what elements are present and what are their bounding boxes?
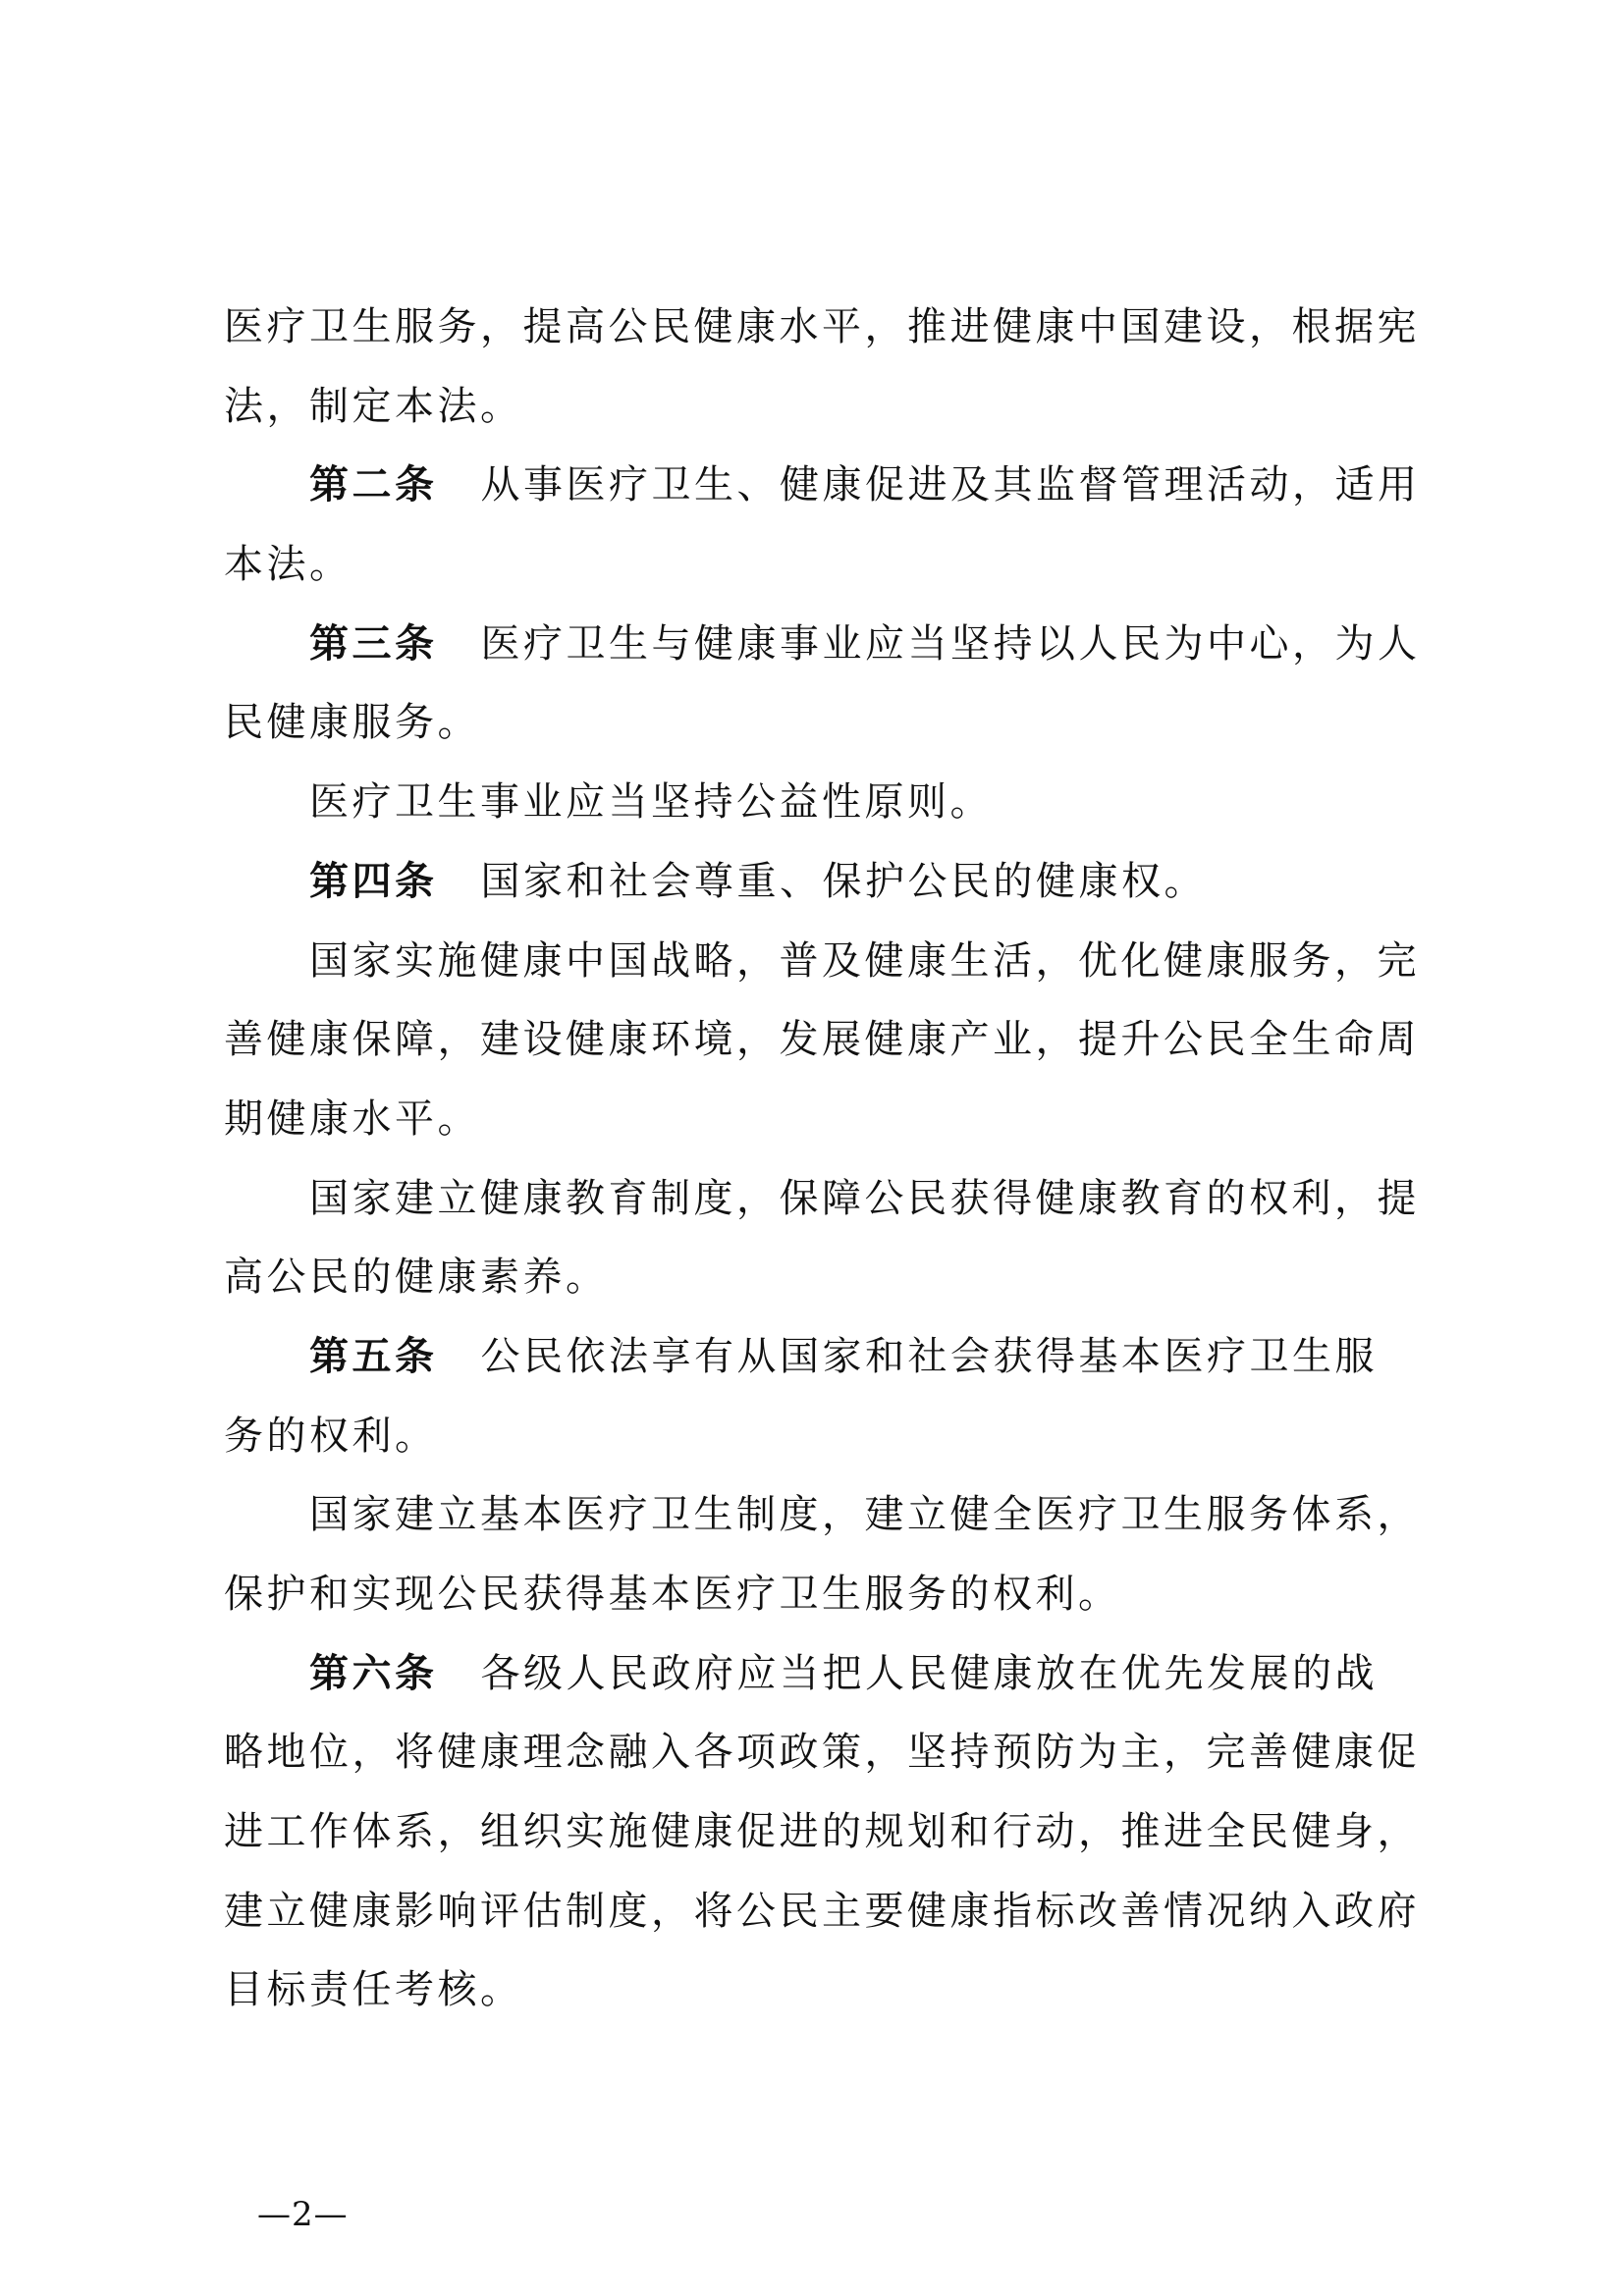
text-line: 第六条各级人民政府应当把人民健康放在优先发展的战 <box>224 1634 1441 1714</box>
line-text: 务的权利。 <box>224 1414 438 1459</box>
article-heading: 第二条 <box>309 462 438 507</box>
line-text: 法，制定本法。 <box>224 384 523 429</box>
line-text: 各级人民政府应当把人民健康放在优先发展的战 <box>481 1651 1379 1696</box>
text-line: 第五条公民依法享有从国家和社会获得基本医疗卫生服 <box>224 1317 1441 1397</box>
article-heading: 第三条 <box>309 621 438 667</box>
text-line: 期健康水平。 <box>224 1080 1441 1159</box>
line-text: 医疗卫生与健康事业应当坚持以人民为中心，为人 <box>481 621 1421 667</box>
text-line: 务的权利。 <box>224 1397 1441 1476</box>
line-text: 国家实施健康中国战略，普及健康生活，优化健康服务，完 <box>309 938 1420 984</box>
line-text: 国家建立健康教育制度，保障公民获得健康教育的权利，提 <box>309 1176 1420 1221</box>
text-line: 第二条从事医疗卫生、健康促进及其监督管理活动，适用 <box>224 446 1441 525</box>
line-text: 本法。 <box>224 542 352 587</box>
line-text: 从事医疗卫生、健康促进及其监督管理活动，适用 <box>481 462 1421 507</box>
text-line: 法，制定本法。 <box>224 367 1441 447</box>
text-line: 第三条医疗卫生与健康事业应当坚持以人民为中心，为人 <box>224 605 1441 684</box>
text-line: 国家建立基本医疗卫生制度，建立健全医疗卫生服务体系， <box>224 1475 1441 1555</box>
line-text: 建立健康影响评估制度，将公民主要健康指标改善情况纳入政府 <box>224 1889 1420 1934</box>
line-text: 医疗卫生服务，提高公民健康水平，推进健康中国建设，根据宪 <box>224 304 1420 349</box>
text-line: 略地位，将健康理念融入各项政策，坚持预防为主，完善健康促 <box>224 1713 1441 1792</box>
line-text: 保护和实现公民获得基本医疗卫生服务的权利。 <box>224 1572 1121 1617</box>
line-text: 略地位，将健康理念融入各项政策，坚持预防为主，完善健康促 <box>224 1730 1420 1775</box>
document-body: 医疗卫生服务，提高公民健康水平，推进健康中国建设，根据宪 法，制定本法。 第二条… <box>224 288 1441 2030</box>
text-line: 民健康服务。 <box>224 683 1441 763</box>
line-text: 进工作体系，组织实施健康促进的规划和行动，推进全民健身， <box>224 1809 1420 1854</box>
document-page: 医疗卫生服务，提高公民健康水平，推进健康中国建设，根据宪 法，制定本法。 第二条… <box>0 0 1624 2296</box>
text-line: 第四条国家和社会尊重、保护公民的健康权。 <box>224 842 1441 922</box>
text-line: 目标责任考核。 <box>224 1950 1441 2030</box>
line-text: 国家和社会尊重、保护公民的健康权。 <box>481 859 1208 904</box>
line-text: 期健康水平。 <box>224 1096 480 1142</box>
article-heading: 第六条 <box>309 1651 438 1696</box>
text-line: 国家建立健康教育制度，保障公民获得健康教育的权利，提 <box>224 1159 1441 1239</box>
line-text: 目标责任考核。 <box>224 1967 523 2012</box>
text-line: 医疗卫生服务，提高公民健康水平，推进健康中国建设，根据宪 <box>224 288 1441 367</box>
line-text: 民健康服务。 <box>224 700 480 745</box>
text-line: 保护和实现公民获得基本医疗卫生服务的权利。 <box>224 1555 1441 1634</box>
text-line: 国家实施健康中国战略，普及健康生活，优化健康服务，完 <box>224 922 1441 1001</box>
text-line: 本法。 <box>224 525 1441 605</box>
line-text: 医疗卫生事业应当坚持公益性原则。 <box>309 779 993 825</box>
text-line: 医疗卫生事业应当坚持公益性原则。 <box>224 763 1441 842</box>
line-text: 国家建立基本医疗卫生制度，建立健全医疗卫生服务体系， <box>309 1492 1420 1537</box>
line-text: 高公民的健康素养。 <box>224 1255 609 1300</box>
text-line: 善健康保障，建设健康环境，发展健康产业，提升公民全生命周 <box>224 1000 1441 1080</box>
line-text: 善健康保障，建设健康环境，发展健康产业，提升公民全生命周 <box>224 1017 1420 1062</box>
article-heading: 第五条 <box>309 1334 438 1379</box>
text-line: 建立健康影响评估制度，将公民主要健康指标改善情况纳入政府 <box>224 1872 1441 1951</box>
text-line: 进工作体系，组织实施健康促进的规划和行动，推进全民健身， <box>224 1792 1441 1872</box>
text-line: 高公民的健康素养。 <box>224 1238 1441 1317</box>
page-number: —2— <box>257 2195 349 2234</box>
line-text: 公民依法享有从国家和社会获得基本医疗卫生服 <box>481 1334 1379 1379</box>
article-heading: 第四条 <box>309 859 438 904</box>
